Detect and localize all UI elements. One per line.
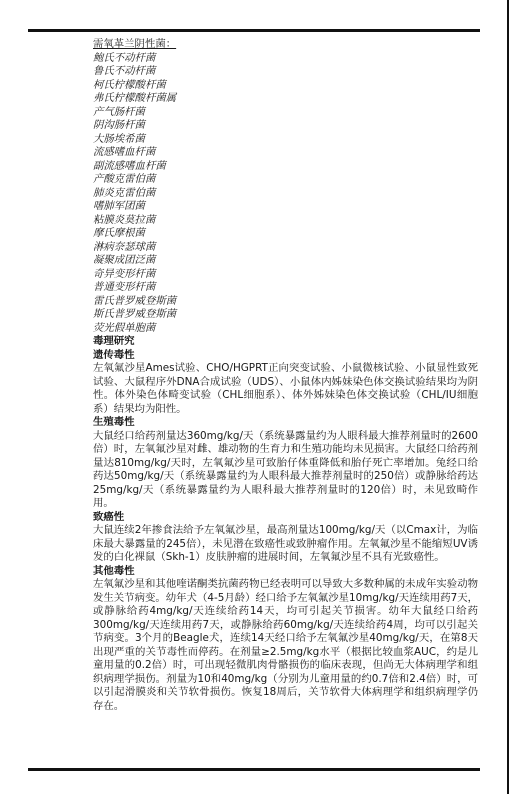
organism-item: 鲍氏不动杆菌 bbox=[93, 52, 478, 66]
organism-item: 产气肠杆菌 bbox=[93, 106, 478, 120]
organism-item: 肺炎克雷伯菌 bbox=[93, 187, 478, 201]
gram-negative-heading: 需氧革兰阴性菌： bbox=[93, 38, 478, 52]
organism-item: 鲁氏不动杆菌 bbox=[93, 65, 478, 79]
section-title-genotoxicity: 遗传毒性 bbox=[93, 349, 478, 363]
section-text-reproductive-toxicity: 大鼠经口给药剂量达360mg/kg/天（系统暴露量约为人眼科最大推荐剂量时的26… bbox=[93, 430, 478, 511]
organism-item: 斯氏普罗威登斯菌 bbox=[93, 308, 478, 322]
section-title-carcinogenicity: 致癌性 bbox=[93, 511, 478, 525]
document-body: 需氧革兰阴性菌： 鲍氏不动杆菌 鲁氏不动杆菌 柯氏柠檬酸杆菌 弗氏柠檬酸杆菌属 … bbox=[93, 38, 478, 713]
toxicology-title: 毒理研究 bbox=[93, 335, 478, 349]
organism-item: 弗氏柠檬酸杆菌属 bbox=[93, 92, 478, 106]
organism-item: 大肠埃希菌 bbox=[93, 133, 478, 147]
bottom-rule bbox=[28, 768, 480, 771]
organism-item: 柯氏柠檬酸杆菌 bbox=[93, 79, 478, 93]
organism-item: 粘膜炎莫拉菌 bbox=[93, 214, 478, 228]
organism-item: 雷氏普罗威登斯菌 bbox=[93, 295, 478, 309]
section-text-genotoxicity: 左氧氟沙星Ames试验、CHO/HGPRT正向突变试验、小鼠微核试验、小鼠显性致… bbox=[93, 362, 478, 416]
section-title-other-toxicity: 其他毒性 bbox=[93, 565, 478, 579]
organism-item: 阴沟肠杆菌 bbox=[93, 119, 478, 133]
section-text-carcinogenicity: 大鼠连续2年掺食法给予左氧氟沙星，最高剂量达100mg/kg/天（以Cmax计，… bbox=[93, 524, 478, 565]
organism-item: 普通变形杆菌 bbox=[93, 281, 478, 295]
organism-item: 凝聚成团泛菌 bbox=[93, 254, 478, 268]
organism-list: 鲍氏不动杆菌 鲁氏不动杆菌 柯氏柠檬酸杆菌 弗氏柠檬酸杆菌属 产气肠杆菌 阴沟肠… bbox=[93, 52, 478, 336]
organism-item: 产酸克雷伯菌 bbox=[93, 173, 478, 187]
organism-item: 流感嗜血杆菌 bbox=[93, 146, 478, 160]
organism-item: 奇异变形杆菌 bbox=[93, 268, 478, 282]
organism-item: 嗜肺军团菌 bbox=[93, 200, 478, 214]
organism-item: 摩氏摩根菌 bbox=[93, 227, 478, 241]
top-rule bbox=[28, 29, 480, 32]
organism-item: 副流感嗜血杆菌 bbox=[93, 160, 478, 174]
section-text-other-toxicity: 左氧氟沙星和其他喹诺酮类抗菌药物已经表明可以导致大多数种属的未成年实验动物发生关… bbox=[93, 578, 478, 713]
organism-item: 淋病奈瑟球菌 bbox=[93, 241, 478, 255]
organism-item: 荧光假单胞菌 bbox=[93, 322, 478, 336]
page-edge bbox=[507, 0, 509, 794]
section-title-reproductive-toxicity: 生殖毒性 bbox=[93, 416, 478, 430]
